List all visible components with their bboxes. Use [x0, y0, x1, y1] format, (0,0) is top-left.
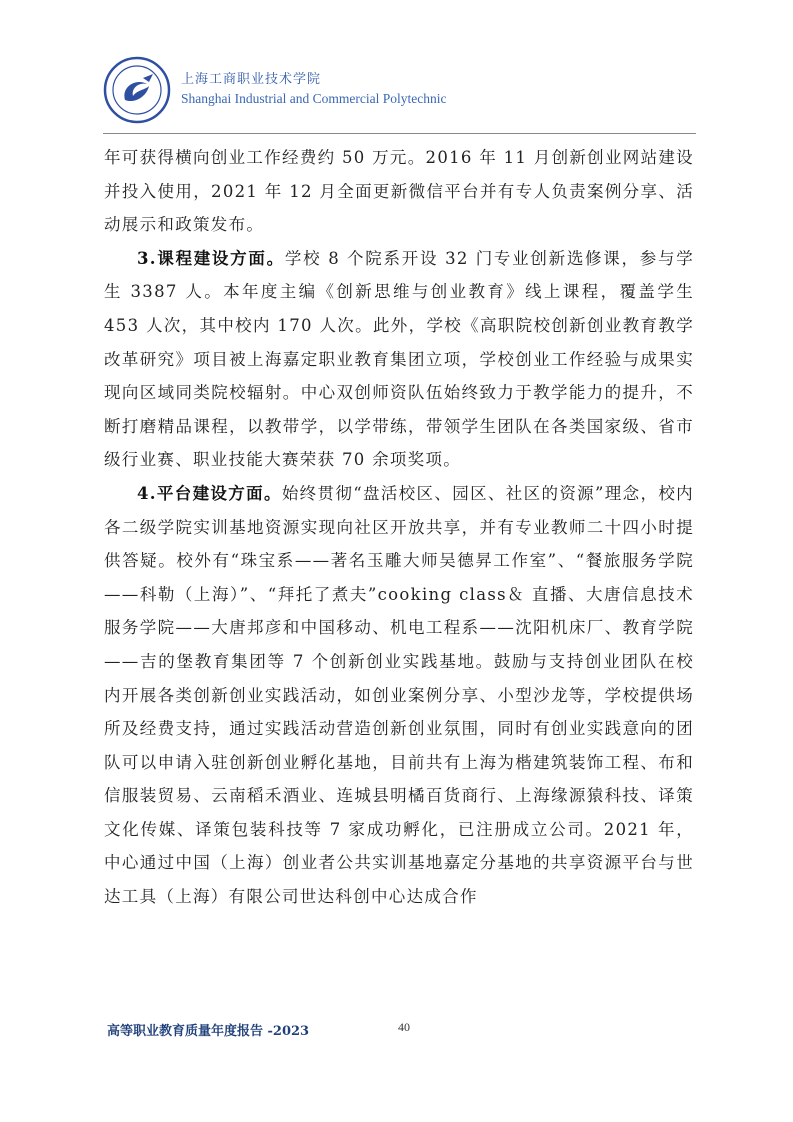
school-emblem-icon — [103, 56, 171, 124]
header-divider — [103, 133, 696, 134]
paragraph-text: 始终贯彻“盘活校区、园区、社区的资源”理念，校内各二级学院实训基地资源实现向社区… — [104, 484, 694, 906]
section-heading: 4.平台建设方面。 — [137, 484, 282, 503]
section-heading: 3.课程建设方面。 — [137, 249, 285, 268]
paragraph-text: 年可获得横向创业工作经费约 50 万元。2016 年 11 月创新创业网站建设并… — [104, 148, 694, 234]
page-number: 40 — [398, 1020, 410, 1035]
document-body: 年可获得横向创业工作经费约 50 万元。2016 年 11 月创新创业网站建设并… — [104, 141, 694, 914]
school-name-en: Shanghai Industrial and Commercial Polyt… — [181, 91, 446, 107]
report-title: 高等职业教育质量年度报告 -2023 — [107, 1020, 309, 1039]
page-header: 上海工商职业技术学院 Shanghai Industrial and Comme… — [103, 56, 703, 126]
paragraph: 4.平台建设方面。始终贯彻“盘活校区、园区、社区的资源”理念，校内各二级学院实训… — [104, 477, 694, 914]
paragraph-text: 学校 8 个院系开设 32 门专业创新选修课，参与学生 3387 人。本年度主编… — [104, 249, 694, 470]
paragraph: 3.课程建设方面。学校 8 个院系开设 32 门专业创新选修课，参与学生 338… — [104, 242, 694, 477]
paragraph: 年可获得横向创业工作经费约 50 万元。2016 年 11 月创新创业网站建设并… — [104, 141, 694, 242]
school-name-cn: 上海工商职业技术学院 — [181, 68, 321, 87]
